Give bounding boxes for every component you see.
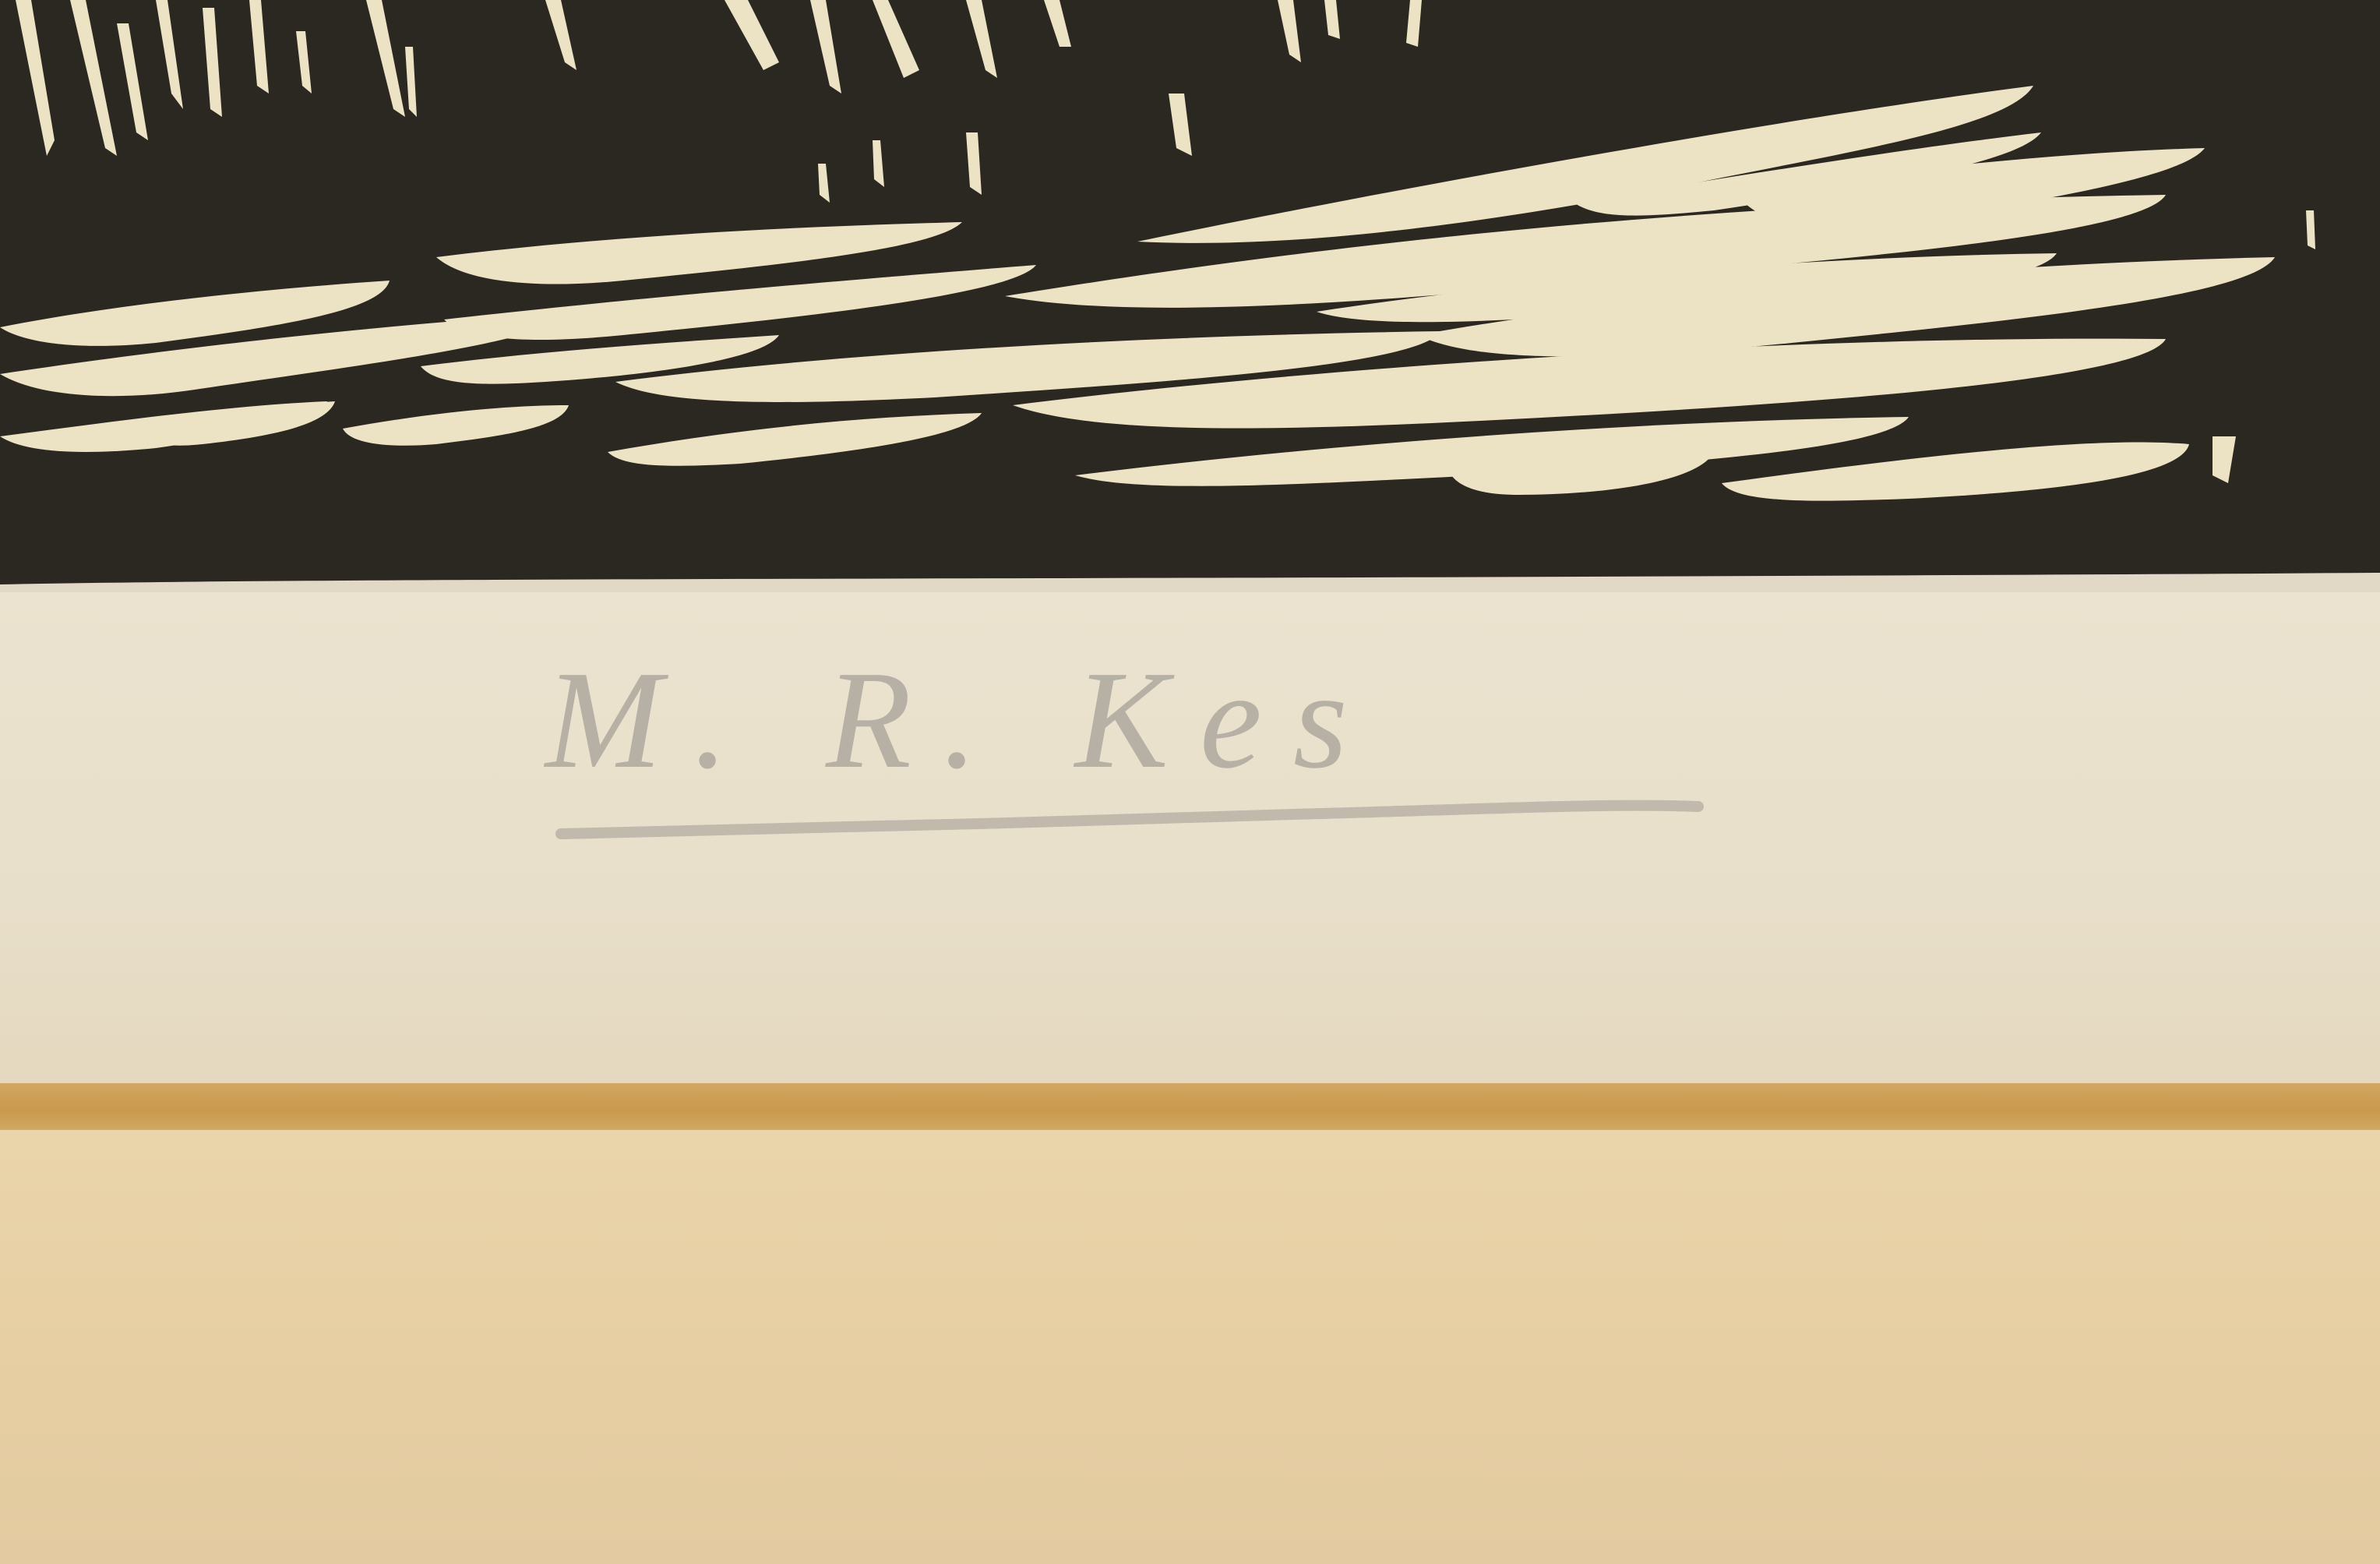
woodcut-print-block (0, 0, 2380, 608)
signature-underline (514, 623, 1729, 881)
mount-board (0, 1130, 2380, 1564)
pencil-signature: M. R. Kes (514, 623, 1729, 881)
carved-strokes (0, 0, 2380, 608)
